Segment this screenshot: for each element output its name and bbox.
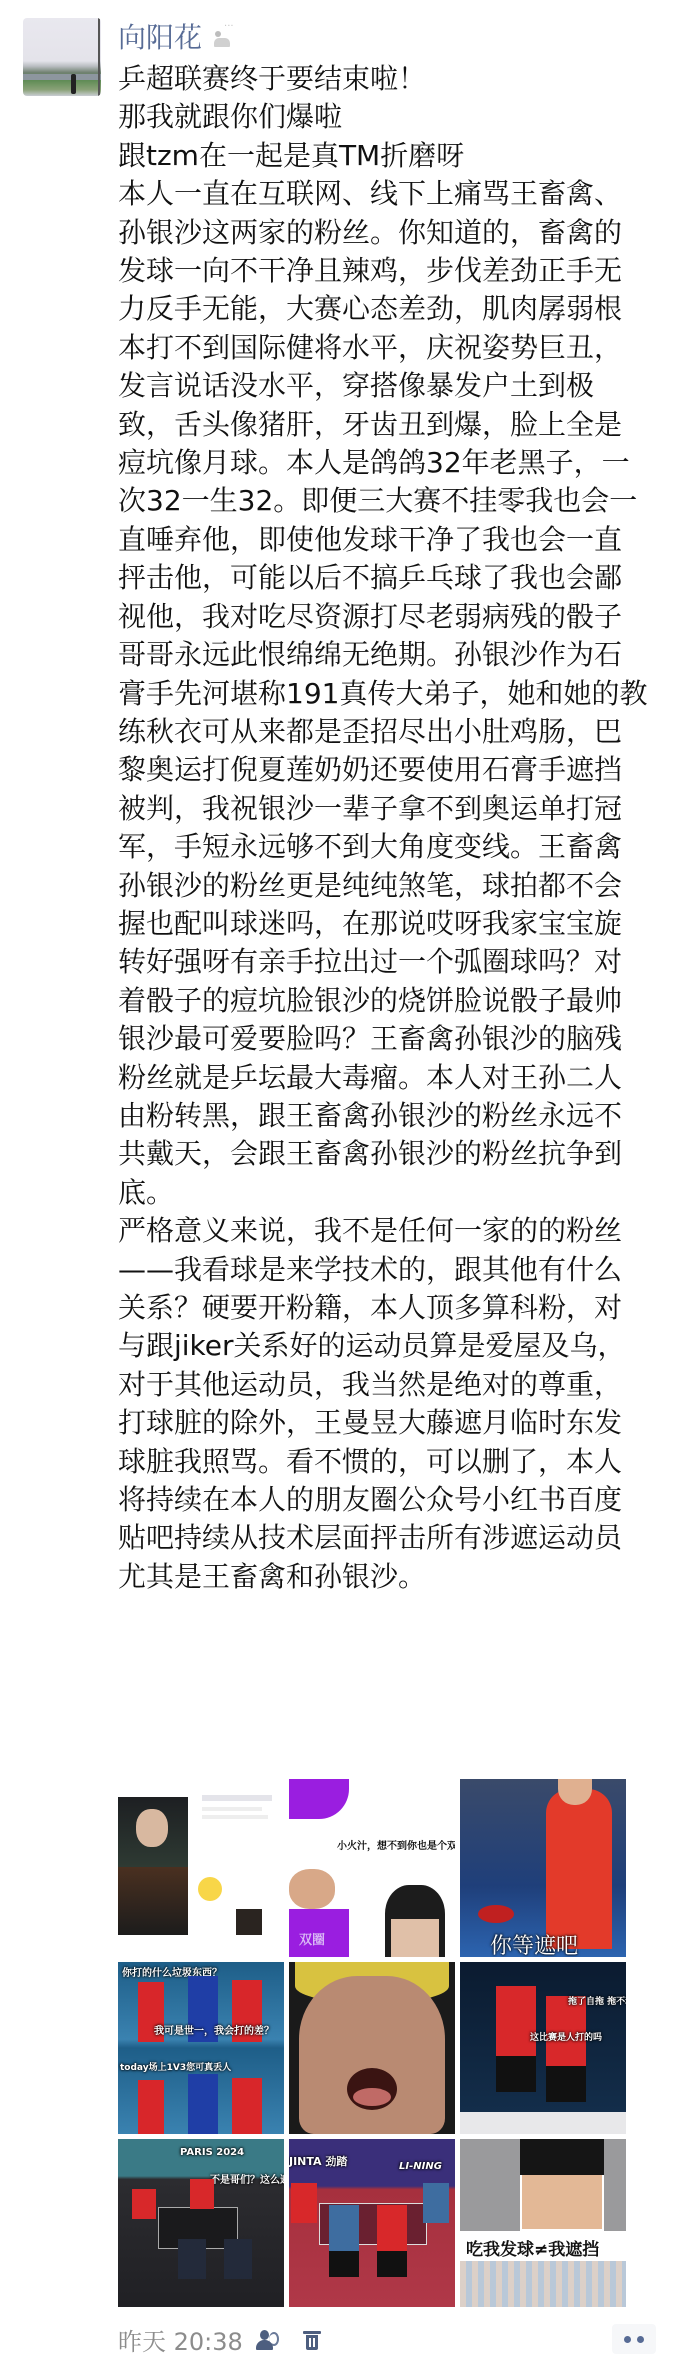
post-line: 发球一向不干净且辣鸡，步伐差劲正手无 (118, 252, 658, 290)
author-avatar[interactable] (23, 18, 101, 96)
post-footer: 昨天 20:38 (118, 2322, 321, 2357)
post-line: 底。 (118, 1174, 658, 1212)
post-line: 乒超联赛终于要结束啦！ (118, 60, 658, 98)
avatar-building (23, 74, 101, 80)
post-line: 跟tzm在一起是真TM折磨呀 (118, 137, 658, 175)
post-line: ——我看球是来学技术的，跟其他有什么 (118, 1251, 658, 1289)
post-line: 共戴天，会跟王畜禽孙银沙的粉丝抗争到 (118, 1135, 658, 1173)
image-li-ning-doubles[interactable]: JINTA 劲踏 LI-NING (289, 2139, 455, 2307)
post-line: 膏手先河堪称191真传大弟子，她和她的教 (118, 675, 658, 713)
post-line: 直唾弃他，即使他发球干净了我也会一直 (118, 521, 658, 559)
more-dots-icon[interactable] (612, 2324, 656, 2354)
post-line: 次32一生32。即便三大赛不挂零我也会一 (118, 482, 658, 520)
post-line: 由粉转黑，跟王畜禽孙银沙的粉丝永远不 (118, 1097, 658, 1135)
post-line: 黎奥运打倪夏莲奶奶还要使用石膏手遮挡 (118, 751, 658, 789)
post-line: 打球脏的除外，王曼昱大藤遮月临时东发 (118, 1404, 658, 1442)
author-name[interactable]: 向阳花 (118, 20, 202, 56)
avatar-pole (98, 18, 100, 96)
post-line: 被判，我祝银沙一辈子拿不到奥运单打冠 (118, 790, 658, 828)
dot (637, 2336, 644, 2343)
post-line: 本人一直在互联网、线下上痛骂王畜禽、 (118, 175, 658, 213)
post-line: 球脏我照骂。看不惯的，可以删了，本人 (118, 1443, 658, 1481)
image-meme-double-circle[interactable]: 小火汁，想不到你也是个双圈大满贯 双圈 (289, 1779, 455, 1957)
post-line: 发言说话没水平，穿搭像暴发户土到极 (118, 367, 658, 405)
post-line: 本打不到国际健将水平，庆祝姿势巨丑， (118, 329, 658, 367)
post-body: 乒超联赛终于要结束啦！ 那我就跟你们爆啦 跟tzm在一起是真TM折磨呀 本人一直… (118, 60, 658, 1596)
post-line: 握也配叫球迷吗，在那说哎呀我家宝宝旋 (118, 905, 658, 943)
post-line: 与跟jiker关系好的运动员算是爱屋及乌， (118, 1327, 658, 1365)
image-meme-trash-talk[interactable]: 你打的什么垃圾东西？ 我可是世一，我会打的差？ today场上1V3您可真丢人 (118, 1962, 284, 2134)
post-line: 银沙最可爱要脸吗？王畜禽孙银沙的脑残 (118, 1020, 658, 1058)
post-line: 粉丝就是乒坛最大毒瘤。本人对王孙二人 (118, 1059, 658, 1097)
post-line: 那我就跟你们爆啦 (118, 98, 658, 136)
dot (624, 2336, 631, 2343)
post-line: 抨击他，可能以后不搞乒乓球了我也会鄙 (118, 559, 658, 597)
friends-visibility-icon[interactable] (255, 2329, 281, 2351)
post-line: 将持续在本人的朋友圈公众号小红书百度 (118, 1481, 658, 1519)
image-paris-2024-doubles[interactable]: PARIS 2024 不是哥们？这么遮的吗？ (118, 2139, 284, 2307)
avatar-person (71, 74, 76, 94)
post-line: 对于其他运动员，我当然是绝对的尊重， (118, 1366, 658, 1404)
image-player-shouting[interactable] (289, 1962, 455, 2134)
image-player-red-shirt[interactable]: 你等遮吧 (460, 1779, 626, 1957)
partial-visibility-icon: ··· (212, 27, 234, 49)
post-line: 贴吧持续从技术层面抨击所有涉遮运动员 (118, 1519, 658, 1557)
image-collage-player-tongue[interactable] (118, 1779, 284, 1957)
author-row: 向阳花 ··· (118, 20, 234, 56)
trash-icon[interactable] (303, 2329, 321, 2351)
image-doubles-meme[interactable]: 拖了自拖 拖不动 这比赛是人打的吗 (460, 1962, 626, 2134)
post-line: 痘坑像月球。本人是鸽鸽32年老黑子，一 (118, 444, 658, 482)
post-line: 孙银沙的粉丝更是纯纯煞笔，球拍都不会 (118, 867, 658, 905)
post-line: 着骰子的痘坑脸银沙的烧饼脸说骰子最帅 (118, 982, 658, 1020)
image-grid: 小火汁，想不到你也是个双圈大满贯 双圈 你等遮吧 你打的什么垃圾东西？ 我可是世… (118, 1779, 641, 2307)
post-line: 致，舌头像猪肝，牙齿丑到爆，脸上全是 (118, 406, 658, 444)
post-line: 练秋衣可从来都是歪招尽出小肚鸡肠，巴 (118, 713, 658, 751)
image-meme-serve-block[interactable]: 吃我发球≠我遮挡 (460, 2139, 626, 2307)
post-line: 严格意义来说，我不是任何一家的的粉丝 (118, 1212, 658, 1250)
post-line: 关系？硬要开粉籍，本人顶多算科粉，对 (118, 1289, 658, 1327)
post-line: 视他，我对吃尽资源打尽老弱病残的骰子 (118, 598, 658, 636)
post-line: 力反手无能，大赛心态差劲，肌肉孱弱根 (118, 290, 658, 328)
post-line: 孙银沙这两家的粉丝。你知道的，畜禽的 (118, 214, 658, 252)
post-line: 尤其是王畜禽和孙银沙。 (118, 1558, 658, 1596)
post-time: 昨天 20:38 (118, 2322, 243, 2357)
post-line: 哥哥永远此恨绵绵无绝期。孙银沙作为石 (118, 636, 658, 674)
post-line: 军，手短永远够不到大角度变线。王畜禽 (118, 828, 658, 866)
post-line: 转好强呀有亲手拉出过一个弧圈球吗？对 (118, 943, 658, 981)
